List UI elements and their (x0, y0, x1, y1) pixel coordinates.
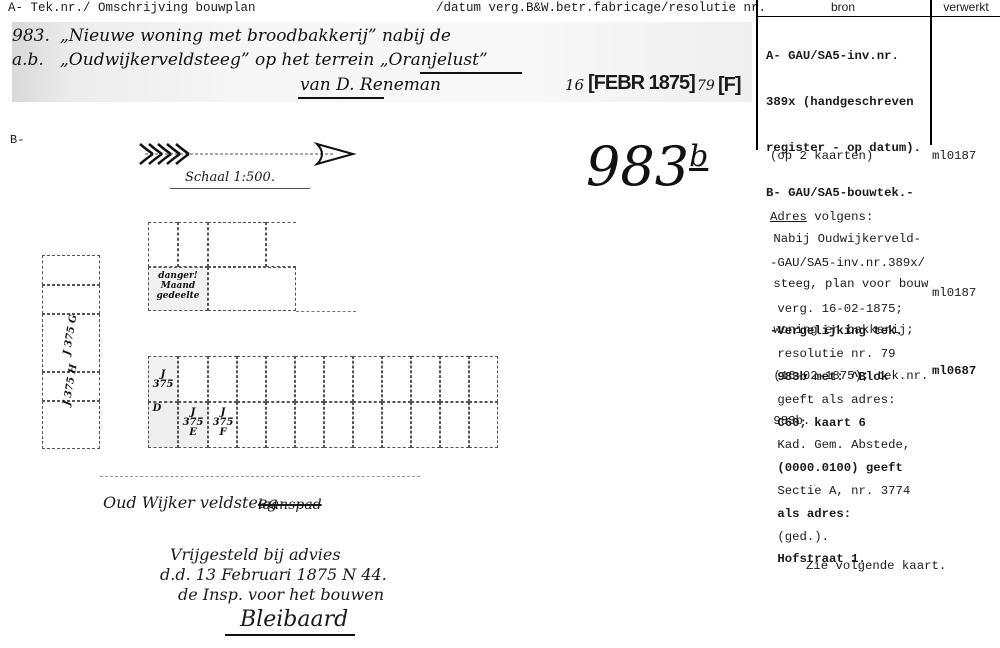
approval-line: de Insp. voor het bouwen (160, 585, 387, 605)
cell-note-danger: danger! Maand gedeelte (150, 271, 206, 301)
plot-cell (324, 356, 353, 402)
scale-underline (170, 188, 310, 189)
footer-note: Zie volgende kaart. (806, 559, 946, 573)
register-ab: a.b. (12, 50, 44, 70)
bron-line: A- GAU/SA5-inv.nr. (766, 49, 928, 64)
register-line-2: „Oudwijkerveldsteeg” op het terrein „Ora… (60, 50, 488, 70)
plot-cell (208, 356, 237, 402)
cell-note: J 375 F (210, 408, 236, 438)
plot-cell (353, 356, 382, 402)
date-day: 16 (565, 76, 584, 94)
column-header-bron: bron (756, 0, 930, 16)
underline-decoration (420, 72, 522, 74)
plot-cell (411, 402, 440, 448)
bron-table-header: bron verwerkt (756, 0, 1000, 17)
table-border-left (756, 0, 758, 150)
vergelijking-block: -Vergelijking tek. 983b met: ^Blok C60; … (770, 294, 903, 583)
plot-cell (324, 402, 353, 448)
approval-line: d.d. 13 Februari 1875 N 44. (160, 565, 387, 585)
plot-cell (237, 402, 266, 448)
header-label-left: A- Tek.nr./ Omschrijving bouwplan (8, 1, 256, 15)
bron-line: 389x (handgeschreven (766, 95, 928, 110)
plot-cell (266, 356, 295, 402)
drawing-number-suffix: b (689, 139, 708, 174)
column-header-verwerkt: verwerkt (932, 0, 1000, 16)
header-label-right: /datum verg.B&W.betr.fabricage/resolutie… (436, 1, 766, 15)
plot-cell (295, 356, 324, 402)
adres-heading: Adres (770, 210, 807, 224)
adres-heading-rest: volgens: (807, 210, 873, 224)
grid-line (296, 311, 356, 312)
plot-cell (266, 402, 295, 448)
f-stamp: [F] (718, 74, 741, 97)
plot-cell (148, 222, 178, 267)
signature-underline (225, 634, 355, 636)
plot-cell (266, 222, 296, 267)
cell-note: J 375 E (180, 408, 206, 438)
plot-cell (178, 356, 208, 402)
drawing-number-main: 983 (586, 135, 689, 198)
adres-line: -GAU/SA5-inv.nr.389x/ (770, 256, 925, 271)
plot-cell (440, 402, 469, 448)
plot-cell (208, 267, 296, 311)
plot-cell (295, 402, 324, 448)
vergelijking-line: -Vergelijking tek. (770, 324, 903, 339)
register-line-3: van D. Reneman (300, 75, 441, 95)
section-b-label: B- (10, 133, 24, 147)
vergelijking-line: C60; kaart 6 (770, 416, 903, 431)
kaarten-ref: ml0187 (932, 149, 976, 163)
street-struck: laanspad (258, 497, 322, 513)
date-suffix: 79 (697, 78, 715, 94)
register-number: 983. (12, 26, 50, 46)
plot-cell (353, 402, 382, 448)
vergelijking-line: als adres: (770, 507, 903, 522)
kaarten-note: (op 2 kaarten) (770, 149, 873, 164)
drawing-number: 983b (586, 135, 708, 198)
underline-decoration (298, 97, 384, 99)
table-divider (930, 0, 932, 145)
plot-cell (208, 222, 266, 267)
street-line (100, 476, 420, 477)
north-arrow-icon (135, 138, 360, 173)
signature: Bleibaard (240, 607, 348, 632)
approval-line: Vrijgesteld bij advies (160, 545, 387, 565)
vergelijking-line: 983b met: ^Blok (770, 370, 903, 385)
plot-cell (382, 402, 411, 448)
plot-cell (411, 356, 440, 402)
approval-note: Vrijgesteld bij advies d.d. 13 Februari … (160, 545, 387, 605)
plot-cell (42, 255, 100, 285)
register-line-1: „Nieuwe woning met broodbakkerij” nabij … (60, 26, 451, 46)
adres-ref: ml0187 (932, 286, 976, 300)
cell-note: J 375 (150, 370, 176, 390)
plot-cell (237, 356, 266, 402)
vergelijking-ref: ml0687 (932, 364, 976, 378)
plot-cell (382, 356, 411, 402)
vergelijking-line: (0000.0100) geeft (770, 461, 903, 476)
plot-cell (469, 356, 498, 402)
scale-label: Schaal 1:500. (185, 170, 275, 185)
plot-cell (469, 402, 498, 448)
cell-note: D (150, 404, 164, 414)
date-stamp: [FEBR 1875] (588, 72, 695, 95)
street-label: Oud Wijker veldsteeg (103, 493, 278, 512)
plot-cell (440, 356, 469, 402)
plot-cell (178, 222, 208, 267)
